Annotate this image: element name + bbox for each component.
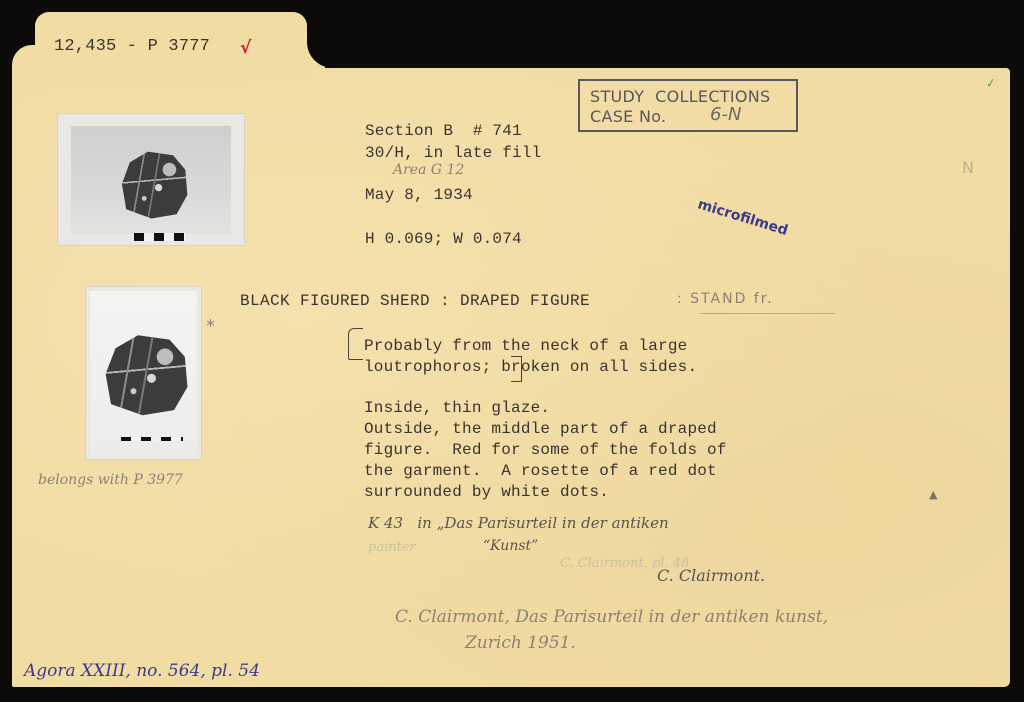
title-pencil-note: : STAND fr. xyxy=(677,291,774,307)
scale-bar xyxy=(121,437,183,441)
stamp-line-1: STUDY COLLECTIONS xyxy=(590,87,771,106)
belongs-with-note: belongs with P 3977 xyxy=(38,472,183,488)
sherd-image xyxy=(102,331,192,417)
pencil-underline xyxy=(700,313,835,314)
tack-mark-icon: ▲ xyxy=(929,488,937,501)
pencil-bracket-open xyxy=(348,328,363,360)
catalog-number: 12,435 - P 3777 xyxy=(54,36,210,57)
card-tab-shoulder-left xyxy=(12,45,42,75)
section-number: Section B # 741 xyxy=(365,121,522,142)
description-shape: Probably from the neck of a large loutro… xyxy=(364,336,697,378)
faint-erased-note: painter xyxy=(368,540,416,555)
card-tab-shoulder-right xyxy=(295,30,325,70)
object-title: BLACK FIGURED SHERD : DRAPED FIGURE xyxy=(240,291,590,312)
pencil-note-kunst: “Kunst” xyxy=(483,538,538,554)
bibliography-line-1: C. Clairmont, Das Parisurteil in der ant… xyxy=(395,607,828,627)
photo-backdrop xyxy=(71,126,231,234)
find-location: 30/H, in late fill xyxy=(365,143,541,164)
scale-bar xyxy=(134,233,186,241)
photo-backdrop xyxy=(90,291,197,455)
find-date: May 8, 1934 xyxy=(365,185,473,206)
asterisk-mark: * xyxy=(206,316,215,337)
red-check-icon: √ xyxy=(240,38,251,58)
area-note: Area G 12 xyxy=(393,162,464,178)
publication-reference: Agora XXIII, no. 564, pl. 54 xyxy=(24,661,260,681)
description-decoration: Inside, thin glaze. Outside, the middle … xyxy=(364,398,727,503)
green-check-icon: ✓ xyxy=(985,75,997,91)
bibliography-line-2: Zurich 1951. xyxy=(465,633,576,653)
photo-sherd-2 xyxy=(86,287,201,459)
study-collections-stamp: STUDY COLLECTIONS CASE No. 6-N xyxy=(578,79,798,132)
photo-sherd-1 xyxy=(58,114,244,245)
catalog-card-scan: 12,435 - P 3777 √ ✓ * STUDY COLLECTIONS … xyxy=(0,0,1024,702)
pencil-note-k43: K 43 in „Das Parisurteil in der antiken xyxy=(368,514,669,532)
pencil-signature: C. Clairmont. xyxy=(657,566,765,585)
dimensions: H 0.069; W 0.074 xyxy=(365,229,522,250)
sherd-image xyxy=(119,148,191,220)
stamp-line-2: CASE No. xyxy=(590,107,666,126)
stamp-case-value: 6-N xyxy=(710,104,741,125)
corner-pencil-mark: N xyxy=(962,158,974,177)
